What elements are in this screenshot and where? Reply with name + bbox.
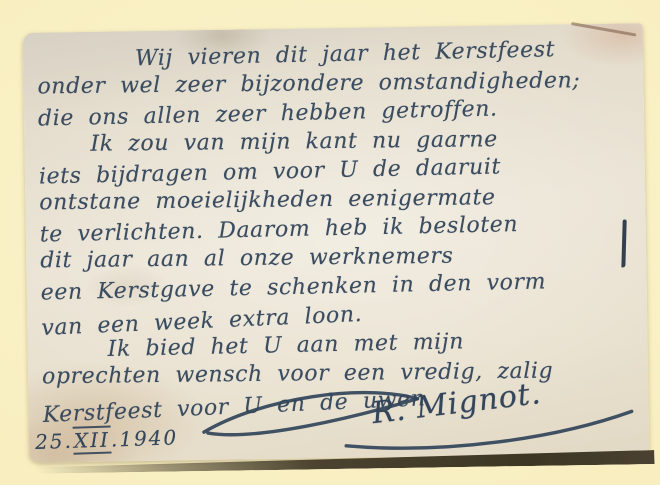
letter-card: Wij vieren dit jaar het Kerstfeest onder… [23,23,650,463]
date-day: 25. [35,429,74,454]
letter-body: Wij vieren dit jaar het Kerstfeest onder… [31,35,645,422]
letter-date: 25.XII.1940 [35,425,179,454]
date-year: .1940 [111,425,179,451]
signature: R. Mignot. [193,375,644,458]
photo-background: Wij vieren dit jaar het Kerstfeest onder… [0,0,660,485]
date-month-roman: XII [72,425,111,454]
